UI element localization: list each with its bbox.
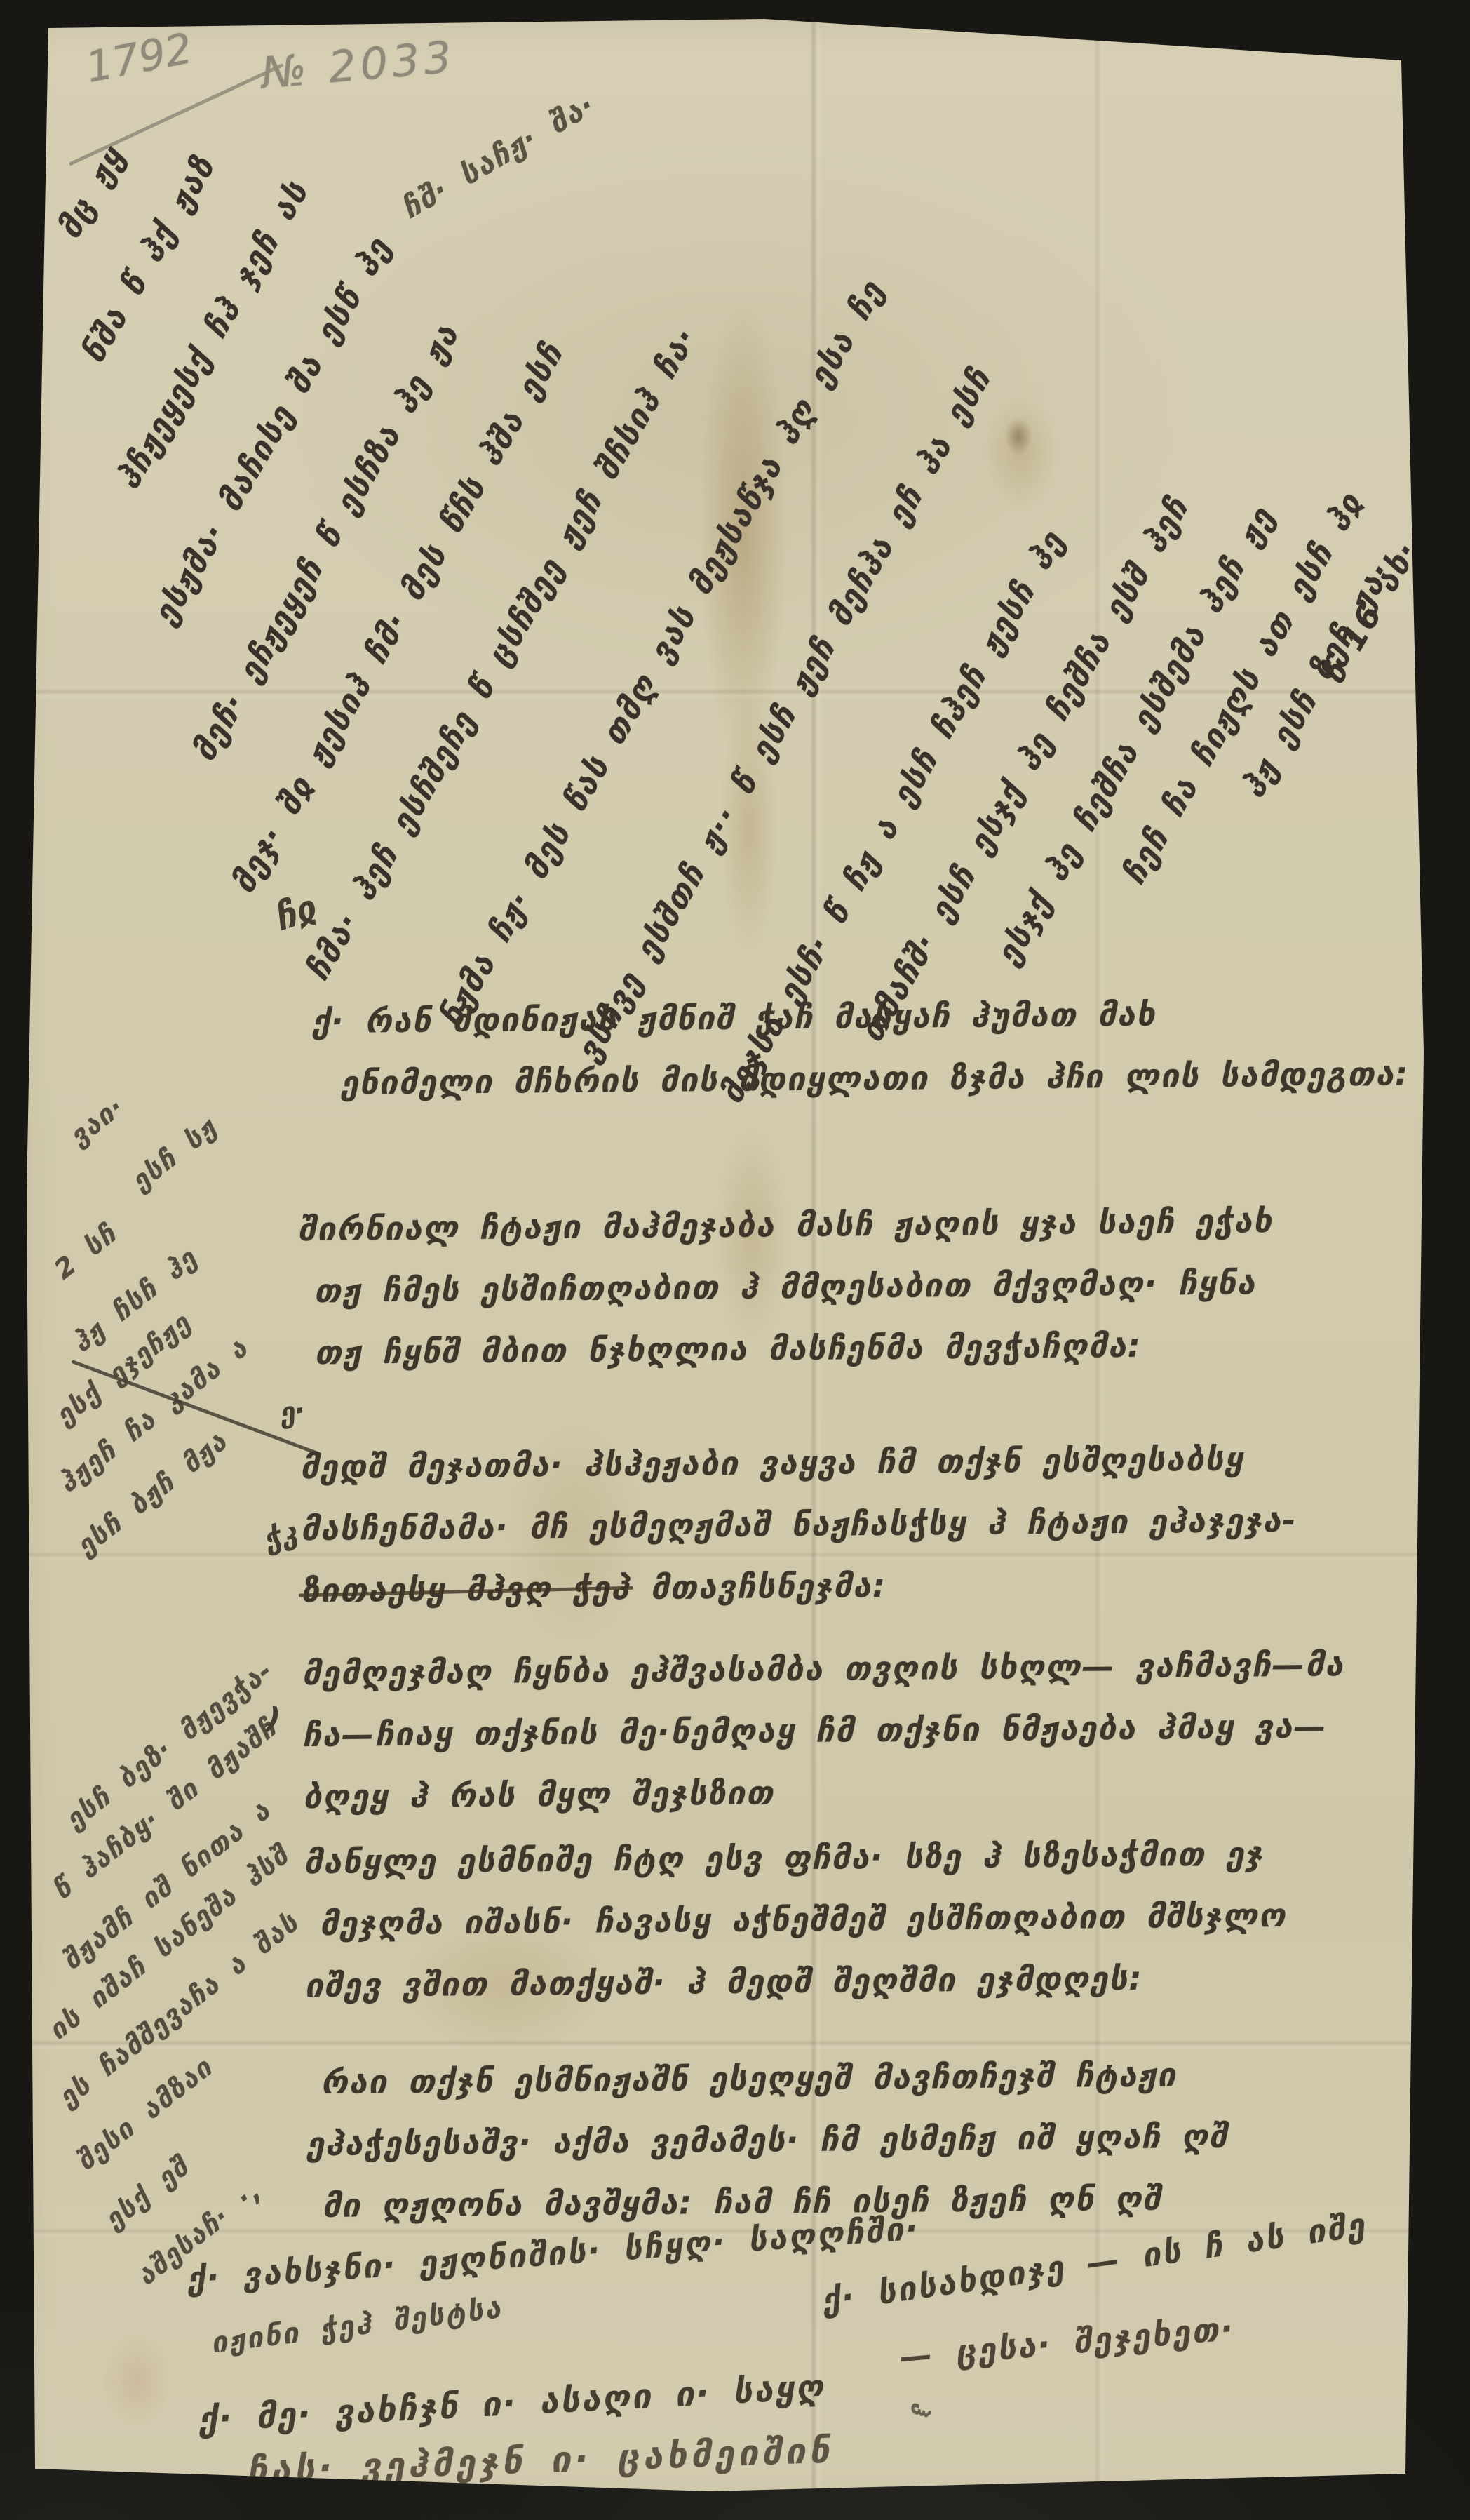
body-line: იშევ ვშით მათქყაშ· ჰ მედშ შეღშმი ეჯმდღეს… [304,1945,1455,2016]
body-line-rest: მთავჩსნეჯმა: [630,1567,886,1607]
margin-note: ესჩ სჟ [126,1111,223,1197]
body-line-with-strikethrough: ზითაესყ მჰვღ ჭეჰ მთავჩსნეჯმა: [301,1550,1452,1621]
body-line: შირნიალ ჩტაჟი მაჰმეჯაბა მასჩ ჟაღის ყჯა ს… [298,1188,1449,1260]
signature-right-line: — ცესა· შეჯეხეთ· [898,2309,1236,2376]
signature-left-subline: იჟინი ჭეჰ შესტსა [210,2292,505,2360]
body-line: ბღეყ ჰ რას მყლ შეჯსზით [303,1756,1454,1828]
archive-year-pencil: 1792 [82,24,196,93]
body-line: თჟ ჩყნშ მბით ნჯხღლია მასჩენმა მევჭაჩღმა: [299,1312,1450,1383]
manuscript-scan: { "colors": { "background": "#181714", "… [0,0,1470,2520]
signature-left-line: ჩას· ვეჰმეჯნ ი· ცახმეიშინ [246,2429,834,2491]
body-line: მანყლე ესმნიშე ჩტღ ესვ ფჩმა· სზე ჰ სზესა… [304,1821,1455,1893]
body-line: ჩა—ჩიაყ თქჯნის მე·ნემღაყ ჩმ თქჯნი ნმჟაებ… [302,1694,1453,1766]
margin-note: ვაი· [64,1090,130,1152]
body-line: მასჩენმამა· მჩ ესმეღჟმაშ ნაჟჩასჭსყ ჰ ჩტა… [301,1488,1452,1560]
body-line: ქ· რან მდინიჟას ჟმნიშ ჭაჩ მასყაჩ ჰუმათ მ… [296,981,1447,1052]
diagonal-script-line: მც ჟყ [50,140,133,245]
margin-note: 2 სჩ [48,1217,123,1285]
body-line: მეჯღმა იშასნ· ჩავასყ აჭნეშმეშ ესშჩთღაბით… [304,1883,1455,1955]
body-line: რაი თქჯნ ესმნიჟაშნ ესეღყეშ მავჩთჩეჯშ ჩტა… [306,2042,1457,2113]
struck-text: ზითაესყ მჰვღ ჭეჰ [302,1569,631,1609]
archive-number-pencil: № 2033 [259,31,457,99]
manuscript-paper: 1792 № 2033 მც ჟყ ნშა წ ჰქ ჟაზ ჰჩჟეყესქ … [0,0,1470,2520]
signature-flourish: ჰ [905,2401,934,2418]
diagonal-script-line: ჰჩჟეყესქ ჩჰ ჯეჩ ას [109,174,316,495]
body-line: ეჰაჭესესაშვ· აქმა ვემამეს· ჩმ ესმეჩჟ იშ … [306,2103,1457,2175]
margin-note: ესქ ეშ [99,2150,196,2235]
paragraph-mark: ჭკ [259,1515,301,1557]
body-text-block: ქ· რან მდინიჟას ჟმნიშ ჭაჩ მასყაჩ ჰუმათ მ… [296,974,1457,2237]
signature-left-line: ქ· მე· ვახჩჯნ ი· ასაღი ი· საყღ [197,2368,826,2440]
body-line: მემღეჯმაღ ჩყნბა ეჰშვასამბა თვღის სხღლ— ვ… [302,1633,1452,1704]
body-line: თჟ ჩმეს ესშიჩთღაბით ჰ მმღესაბით მქვღმაღ·… [299,1250,1450,1322]
diagonal-script-line: ესჟმა· მაჩისე შა ესწ ჰე [145,230,398,631]
body-line: მედშ მეჯათმა· ჰსჰეჟაბი ვაყვა ჩმ თქჯნ ესშ… [300,1426,1451,1498]
body-line: ენიმელი მჩხრის მის მდიყლათი ზჯმა ჰჩი ლის… [297,1043,1448,1114]
invocation-mark: ჩჲ [269,887,321,939]
stray-note-line: ჩშ· საჩჟ· შა· [396,87,601,225]
